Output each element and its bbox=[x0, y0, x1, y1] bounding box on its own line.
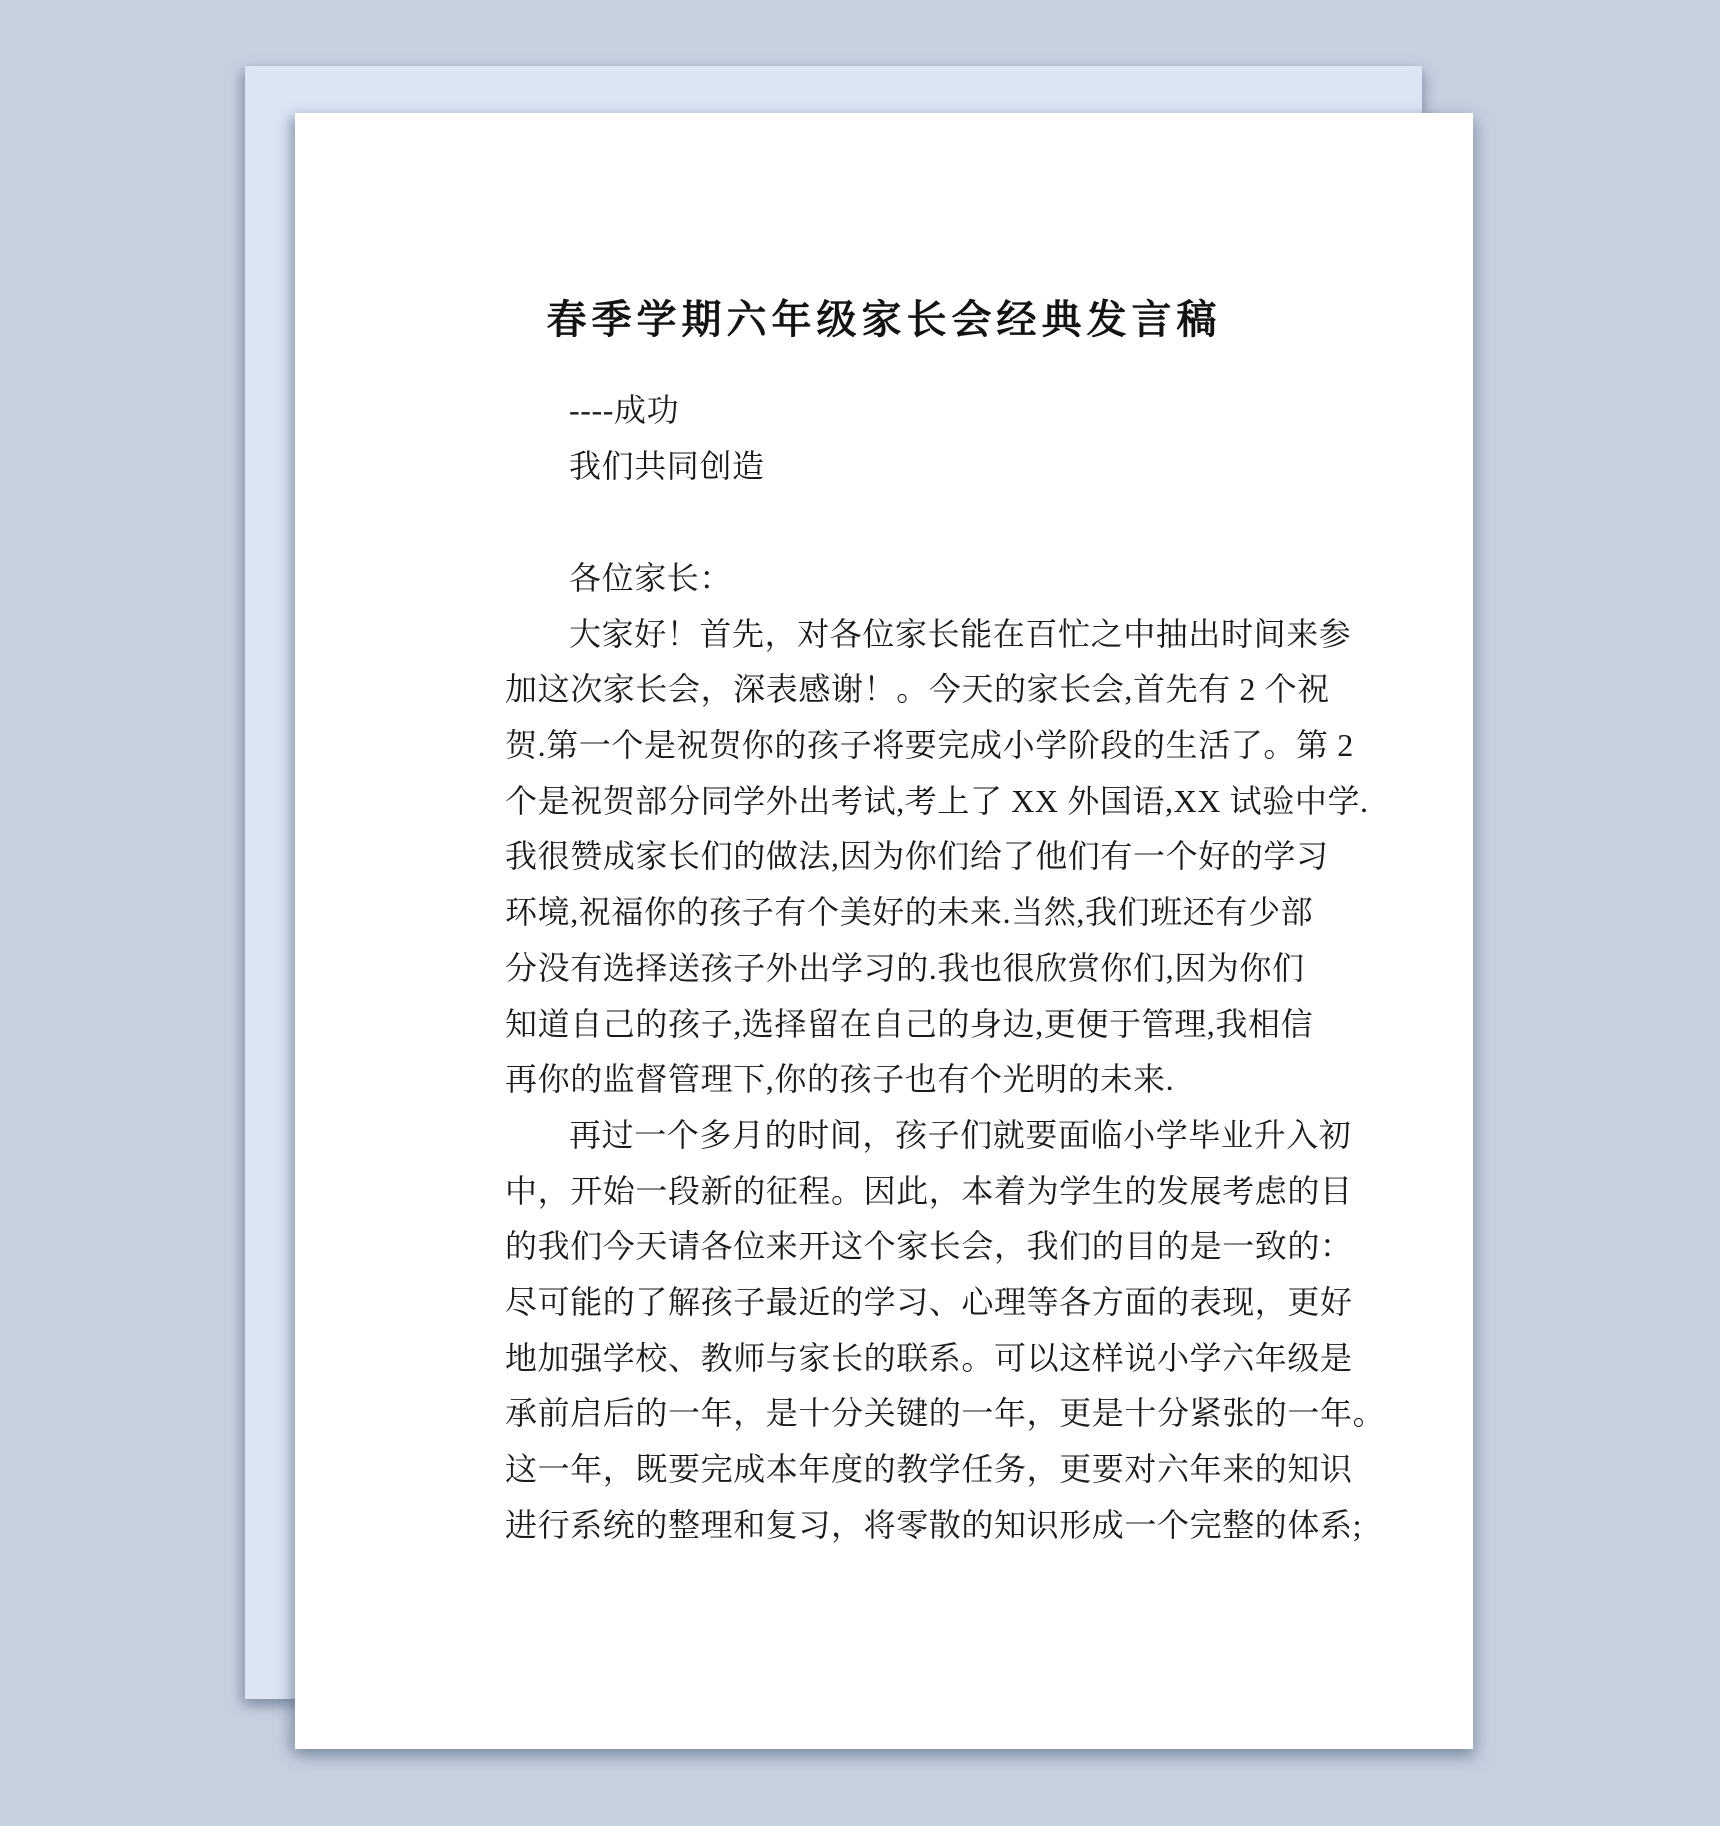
body-line: 承前启后的一年，是十分关键的一年，更是十分紧张的一年。 bbox=[505, 1386, 1300, 1442]
body-line: 地加强学校、教师与家长的联系。可以这样说小学六年级是 bbox=[505, 1331, 1300, 1387]
body-line: 个是祝贺部分同学外出考试,考上了 XX 外国语,XX 试验中学. bbox=[505, 774, 1300, 830]
body-line: 再你的监督管理下,你的孩子也有个光明的未来. bbox=[505, 1052, 1300, 1108]
document-page: 春季学期六年级家长会经典发言稿 ----成功 我们共同创造 各位家长： 大家好！… bbox=[295, 113, 1473, 1749]
body-line: 尽可能的了解孩子最近的学习、心理等各方面的表现，更好 bbox=[505, 1275, 1300, 1331]
body-line: 各位家长： bbox=[505, 551, 1300, 607]
subtitle-line: 我们共同创造 bbox=[505, 439, 1295, 495]
body-line: 分没有选择送孩子外出学习的.我也很欣赏你们,因为你们 bbox=[505, 941, 1300, 997]
body-line: 大家好！首先，对各位家长能在百忙之中抽出时间来参 bbox=[505, 607, 1300, 663]
subtitle-line: ----成功 bbox=[505, 383, 1295, 439]
body-line: 加这次家长会，深表感谢！。今天的家长会,首先有 2 个祝 bbox=[505, 662, 1300, 718]
body-line: 贺.第一个是祝贺你的孩子将要完成小学阶段的生活了。第 2 bbox=[505, 718, 1300, 774]
body-line: 进行系统的整理和复习，将零散的知识形成一个完整的体系; bbox=[505, 1498, 1300, 1554]
body-line: 这一年，既要完成本年度的教学任务，更要对六年来的知识 bbox=[505, 1442, 1300, 1498]
body-line: 中，开始一段新的征程。因此，本着为学生的发展考虑的目 bbox=[505, 1164, 1300, 1220]
body-line: 环境,祝福你的孩子有个美好的未来.当然,我们班还有少部 bbox=[505, 885, 1300, 941]
body-line: 的我们今天请各位来开这个家长会，我们的目的是一致的： bbox=[505, 1219, 1300, 1275]
body-line: 知道自己的孩子,选择留在自己的身边,更便于管理,我相信 bbox=[505, 997, 1300, 1053]
document-subtitle: ----成功 我们共同创造 bbox=[505, 383, 1295, 494]
document-body: 各位家长： 大家好！首先，对各位家长能在百忙之中抽出时间来参 加这次家长会，深表… bbox=[505, 551, 1300, 1553]
document-title: 春季学期六年级家长会经典发言稿 bbox=[295, 297, 1473, 343]
body-line: 再过一个多月的时间，孩子们就要面临小学毕业升入初 bbox=[505, 1108, 1300, 1164]
body-line: 我很赞成家长们的做法,因为你们给了他们有一个好的学习 bbox=[505, 829, 1300, 885]
